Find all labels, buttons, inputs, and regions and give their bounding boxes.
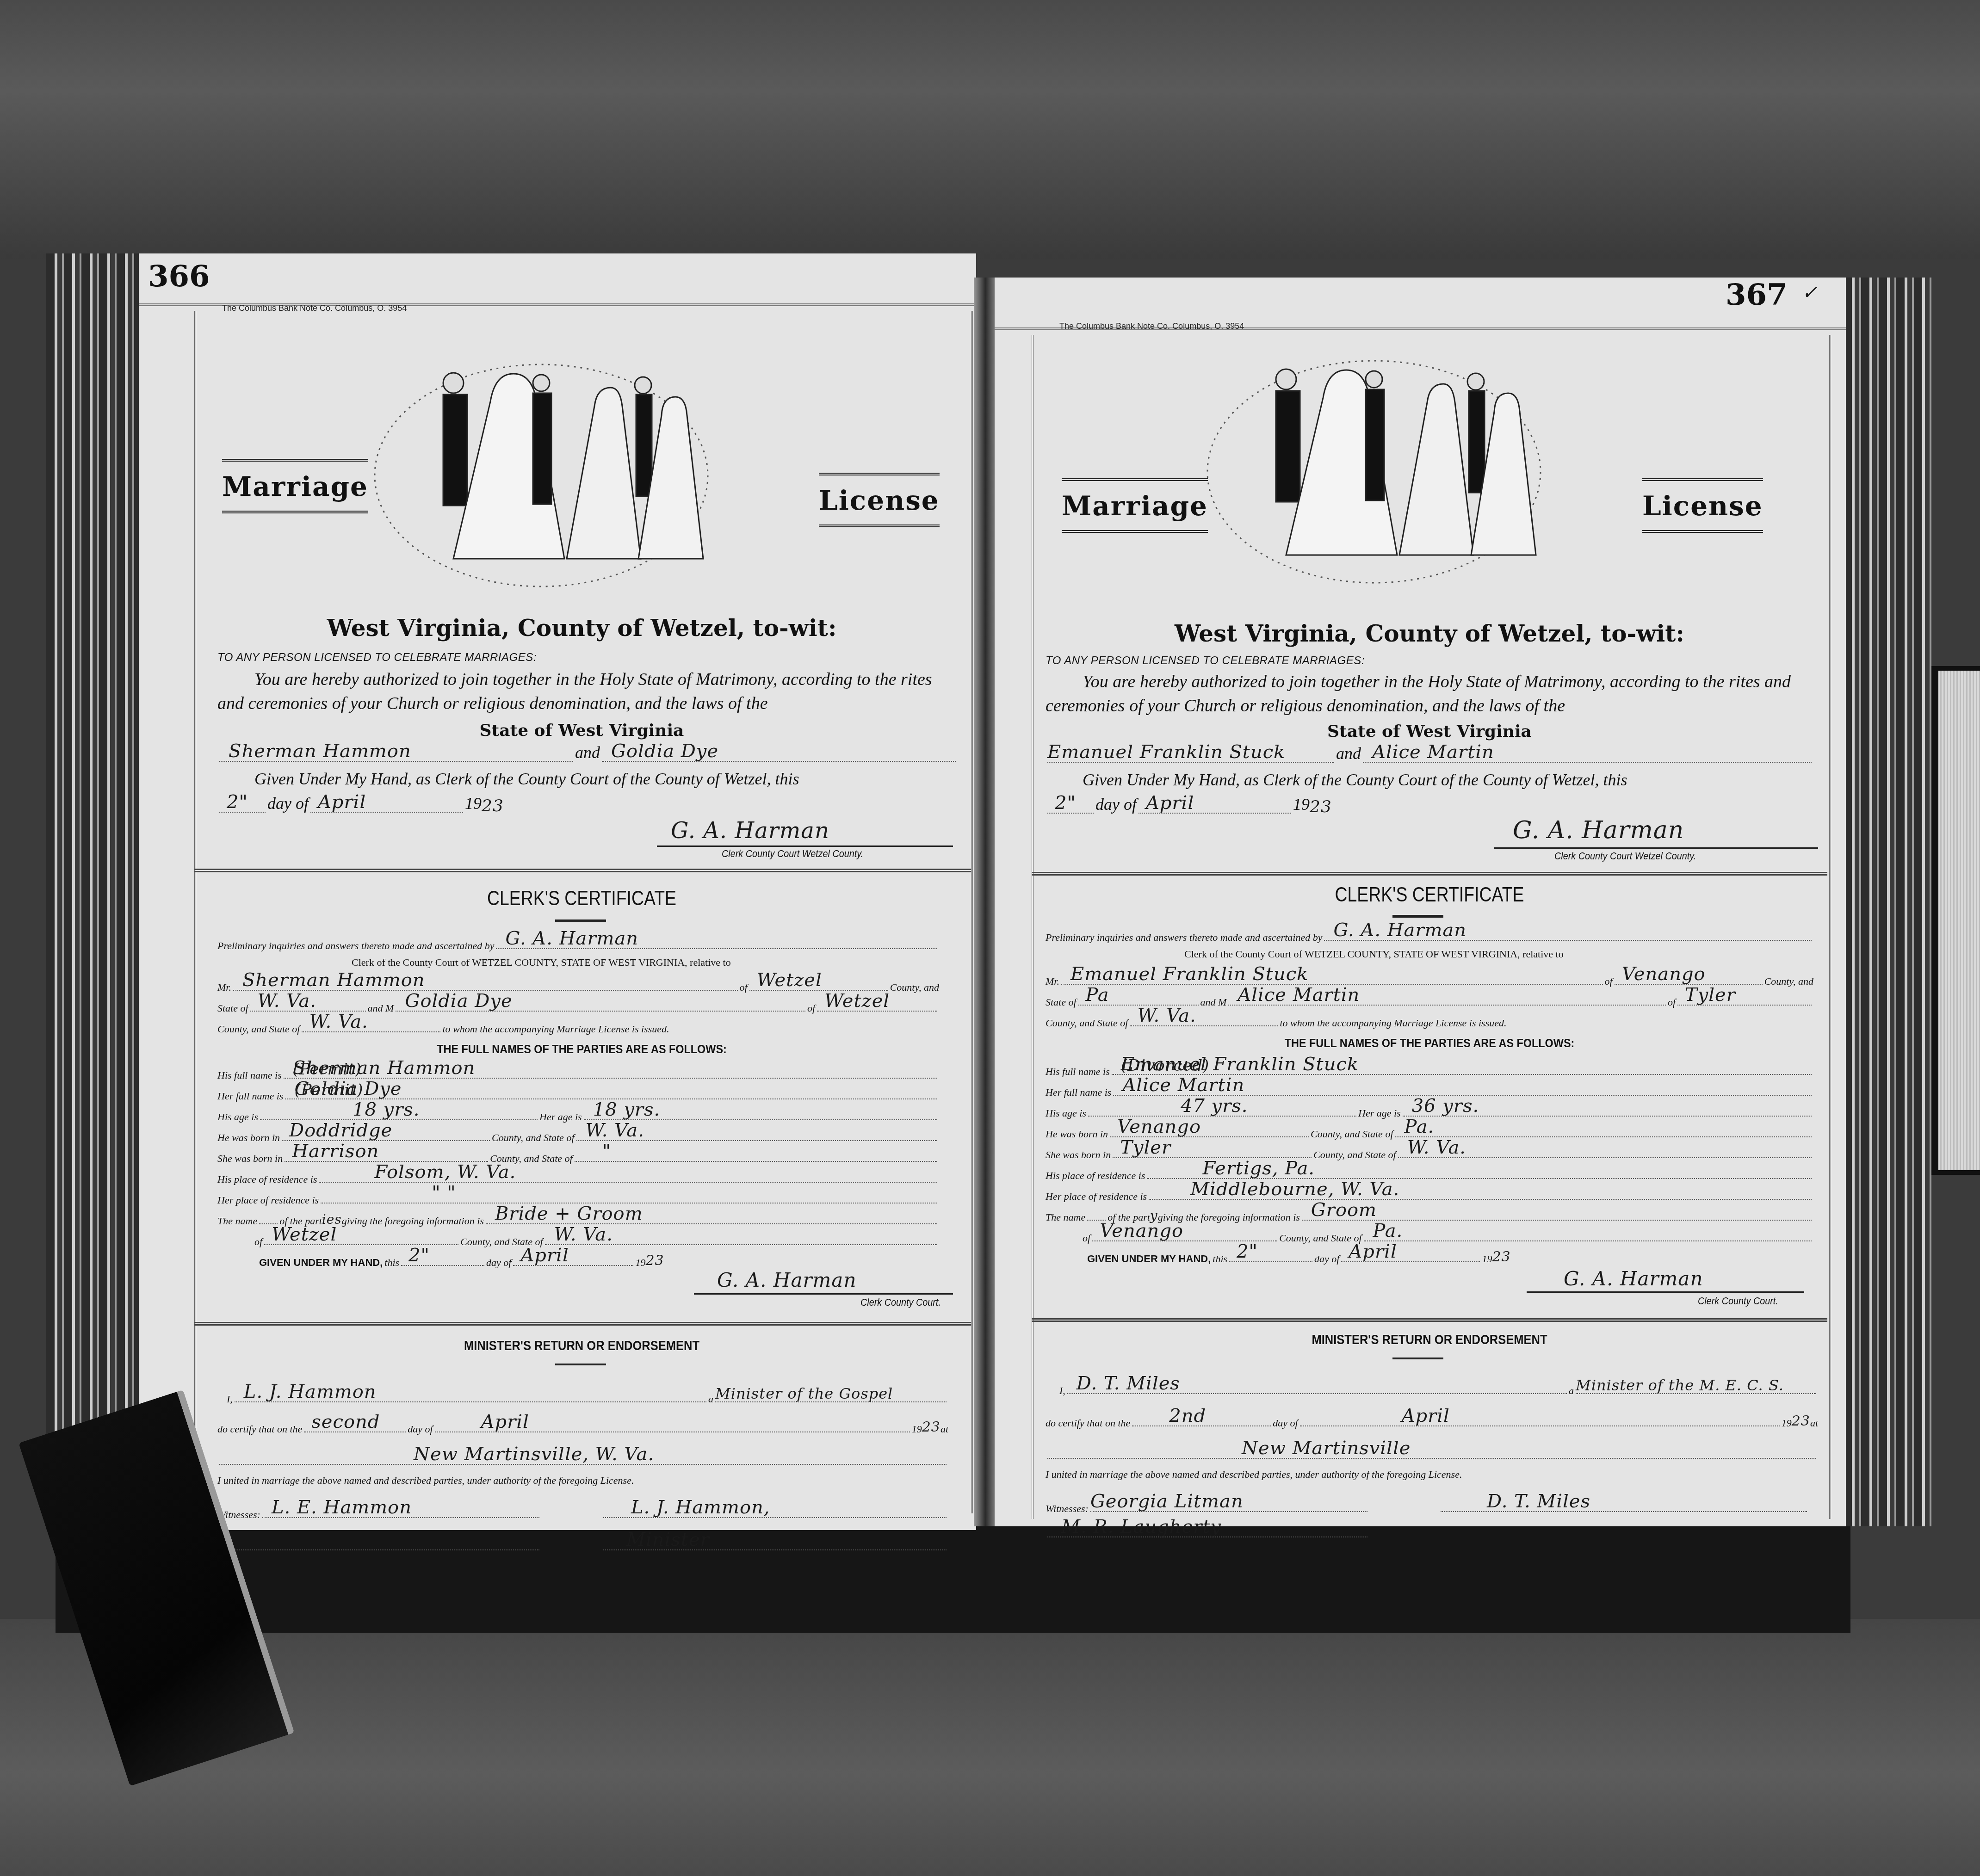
marriage-title: Marriage (1062, 490, 1208, 522)
his-residence-line: His place of residence is Fertigs, Pa. (1046, 1163, 1813, 1182)
salutation: TO ANY PERSON LICENSED TO CELEBRATE MARR… (1046, 654, 1365, 667)
his-residence: Fertigs, Pa. (1202, 1158, 1314, 1179)
section-divider (194, 869, 971, 872)
he-born-county: Doddridge (289, 1120, 392, 1141)
minister-signature: D. T. Miles (1487, 1491, 1590, 1512)
title-underline (555, 1364, 606, 1365)
section-divider (1032, 872, 1827, 876)
license-date-line: 2" day of April 19 23 (1046, 793, 1462, 816)
authorization-text: You are hereby authorized to join togeth… (217, 667, 958, 716)
title-underline (1392, 1358, 1443, 1359)
informant: Bride + Groom (495, 1203, 643, 1224)
license-year: 23 (1310, 797, 1332, 816)
his-residence-line: His place of residence is Folsom, W. Va. (217, 1167, 939, 1185)
his-note: (Divorced) (1121, 1056, 1807, 1075)
county-state-line: County, and State of W. Va. to whom the … (1046, 1011, 1813, 1029)
mr-state: Pa (1086, 984, 1109, 1006)
signature-line (1527, 1291, 1804, 1293)
license-clerk-signature: G. A. Harman (1513, 816, 1684, 844)
license-day: 2" (1055, 792, 1076, 814)
signature-caption: Clerk County Court Wetzel County. (722, 848, 863, 860)
clerks-certificate-title: CLERK'S CERTIFICATE (253, 887, 911, 910)
informant-county: Wetzel (272, 1224, 337, 1245)
clerk-caption: Clerk County Court. (860, 1296, 941, 1308)
witness-1: L. E. Hammon (272, 1497, 412, 1518)
m-state: W. Va. (309, 1011, 368, 1032)
ascertained-by: G. A. Harman (505, 928, 638, 949)
bride-field: Alice Martin (1372, 741, 1494, 763)
background-top (0, 0, 1980, 259)
minister-day: 2nd (1169, 1405, 1206, 1426)
her-note: (Permit) (294, 1081, 933, 1099)
she-born-state: " (602, 1141, 611, 1162)
minister-year: 23 (922, 1419, 940, 1435)
license-title: License (819, 485, 940, 516)
signature-line (694, 1293, 953, 1295)
full-names-title: THE FULL NAMES OF THE PARTIES ARE AS FOL… (233, 1042, 931, 1056)
bride-field: Goldia Dye (602, 761, 956, 762)
informant-state: W. Va. (554, 1224, 613, 1245)
wedding-illustration-icon (361, 351, 722, 591)
he-born-county: Venango (1117, 1116, 1201, 1137)
parties-line: Emanuel Franklin Stuck and Alice Martin (1046, 742, 1813, 765)
minister-name-line: I, D. T. Miles a Minister of the M. E. C… (1059, 1374, 1818, 1397)
united-text: I united in marriage the above named and… (1046, 1469, 1462, 1481)
witness-line-2 (217, 1530, 541, 1553)
state-of-west-virginia: State of West Virginia (194, 721, 969, 740)
given-under-hand-line: GIVEN UNDER MY HAND, this 2" day of Apri… (259, 1250, 768, 1269)
she-born-county: Tyler (1120, 1137, 1171, 1158)
m-county: Tyler (1685, 984, 1736, 1006)
m-name: Goldia Dye (405, 990, 512, 1012)
her-age: 36 yrs. (1412, 1095, 1479, 1117)
minister-year: 23 (1792, 1413, 1810, 1429)
right-page-edges (1844, 278, 1931, 1526)
given-year: 23 (1492, 1249, 1510, 1265)
ascertained-line: Preliminary inquiries and answers theret… (217, 933, 939, 952)
ascertained-line: Preliminary inquiries and answers theret… (1046, 925, 1813, 944)
given-year: 23 (645, 1253, 664, 1269)
his-residence: Folsom, W. Va. (374, 1161, 516, 1183)
license-month: April (1146, 792, 1194, 814)
her-residence: Middlebourne, W. Va. (1190, 1179, 1399, 1200)
place-line: New Martinsville, W. Va. (217, 1444, 948, 1468)
witness-line-2: M. R. Laugherty (1046, 1517, 1369, 1540)
minister-month: April (481, 1411, 529, 1432)
license-day: 2" (227, 791, 248, 813)
given-day: 2" (1237, 1241, 1258, 1262)
her-full-name: Alice Martin (1122, 1074, 1244, 1096)
license-heading: West Virginia, County of Wetzel, to-wit: (1032, 620, 1827, 647)
informant-county-line: of Venango County, and State of Pa. (1083, 1226, 1813, 1244)
page-number: 367 (1726, 278, 1788, 312)
marriage-place: New Martinsville, W. Va. (414, 1444, 654, 1465)
clerk-of-court-text: Clerk of the County Court of WETZEL COUN… (352, 957, 731, 969)
informant: Groom (1311, 1199, 1377, 1221)
minister-title: Minister of the M. E. C. S. (1576, 1376, 1784, 1394)
minister-name-line: I, L. J. Hammon a Minister of the Gospel (227, 1382, 948, 1405)
informant-state: Pa. (1373, 1220, 1403, 1241)
she-born-county: Harrison (292, 1141, 379, 1162)
book-gutter (974, 278, 997, 1526)
mr-county: Wetzel (757, 969, 822, 991)
his-note: (Permit) (293, 1060, 933, 1079)
her-age: 18 yrs. (593, 1099, 661, 1120)
ministers-return-title: MINISTER'S RETURN OR ENDORSEMENT (1091, 1332, 1768, 1348)
certify-date-line: do certify that on the 2nd day of April … (1046, 1406, 1818, 1429)
authorization-text: You are hereby authorized to join togeth… (1046, 670, 1818, 718)
certify-date-line: do certify that on the second day of Apr… (217, 1412, 948, 1435)
license-year: 23 (482, 796, 504, 815)
mr-name: Sherman Hammon (242, 969, 425, 991)
given-under-hand-text: Given Under My Hand, as Clerk of the Cou… (254, 767, 958, 791)
groom-field: Sherman Hammon (219, 761, 573, 762)
given-under-hand-line: GIVEN UNDER MY HAND, this 2" day of Apri… (1087, 1247, 1596, 1265)
certificate-clerk-signature: G. A. Harman (1564, 1267, 1703, 1290)
his-age: 47 yrs. (1181, 1095, 1248, 1117)
index-tab-paper (1938, 671, 1980, 1170)
given-under-hand-text: Given Under My Hand, as Clerk of the Cou… (1083, 768, 1818, 792)
section-divider (194, 1322, 971, 1326)
minister-signature-title: Minister (626, 1529, 710, 1550)
clerk-caption: Clerk County Court. (1698, 1295, 1778, 1307)
m-county: Wetzel (824, 990, 890, 1012)
informant-county: Venango (1100, 1220, 1183, 1241)
section-divider (1032, 1318, 1827, 1322)
license-month: April (318, 791, 366, 813)
wedding-illustration-icon (1194, 347, 1554, 587)
given-month: April (520, 1245, 569, 1266)
she-born-line: She was born in Tyler County, and State … (1046, 1142, 1813, 1161)
marriage-place: New Martinsville (1242, 1438, 1411, 1459)
witness-2: M. R. Laugherty (1061, 1516, 1221, 1537)
minister-title-signature-line: Minister (601, 1530, 948, 1553)
ministers-return-title: MINISTER'S RETURN OR ENDORSEMENT (253, 1338, 911, 1354)
place-line: New Martinsville (1046, 1438, 1818, 1462)
mr-name: Emanuel Franklin Stuck (1070, 963, 1308, 985)
signature-line (1494, 847, 1818, 849)
certificate-clerk-signature: G. A. Harman (717, 1269, 856, 1291)
given-month: April (1349, 1241, 1397, 1262)
witness-line-1: Witnesses: L. E. Hammon (217, 1498, 541, 1521)
license-clerk-signature: G. A. Harman (671, 818, 829, 844)
minister-signature-line: D. T. Miles (1439, 1492, 1809, 1515)
minister-title: Minister of the Gospel (715, 1385, 893, 1402)
minister-name: L. J. Hammon (244, 1381, 377, 1402)
license-date-line: 2" day of April 19 23 (217, 792, 634, 815)
marriage-title: Marriage (222, 471, 368, 502)
left-page-edges (46, 253, 148, 1530)
informant-county-line: of Wetzel County, and State of W. Va. (254, 1229, 939, 1248)
title-underline (555, 919, 606, 922)
printer-imprint: The Columbus Bank Note Co. Columbus, O. … (1059, 321, 1244, 331)
given-day: 2" (408, 1245, 430, 1266)
minister-name: D. T. Miles (1077, 1373, 1180, 1394)
signature-line (657, 845, 953, 847)
her-full-name-line: Her full name is Goldia Dye (Permit) (217, 1084, 939, 1102)
united-text: I united in marriage the above named and… (217, 1475, 634, 1487)
mr-county: Venango (1622, 963, 1706, 985)
title-underline (1392, 915, 1443, 918)
minister-signature-line: L. J. Hammon, (601, 1498, 948, 1521)
minister-signature: L. J. Hammon, (631, 1497, 770, 1518)
check-mark-icon: ✓ (1802, 282, 1818, 303)
parties-line: Sherman Hammon and Goldia Dye (217, 741, 958, 765)
left-page: 366 The Columbus Bank Note Co. Columbus,… (139, 253, 976, 1530)
page-number: 366 (148, 259, 210, 294)
he-born-state: W. Va. (586, 1120, 644, 1141)
full-names-title: THE FULL NAMES OF THE PARTIES ARE AS FOL… (1071, 1036, 1788, 1050)
clerk-of-court-text: Clerk of the County Court of WETZEL COUN… (1184, 948, 1564, 960)
she-born-state: W. Va. (1407, 1137, 1466, 1158)
state-of-west-virginia: State of West Virginia (1032, 722, 1827, 741)
county-state-line: County, and State of W. Va. to whom the … (217, 1017, 939, 1035)
license-heading: West Virginia, County of Wetzel, to-wit: (194, 614, 969, 642)
salutation: TO ANY PERSON LICENSED TO CELEBRATE MARR… (217, 651, 537, 664)
minister-month: April (1402, 1405, 1450, 1426)
witness-1: Georgia Litman (1090, 1491, 1244, 1512)
he-born-state: Pa. (1405, 1116, 1435, 1137)
right-page: 367 ✓ The Columbus Bank Note Co. Columbu… (995, 278, 1846, 1526)
her-residence-line: Her place of residence is Middlebourne, … (1046, 1184, 1813, 1203)
clerks-certificate-title: CLERK'S CERTIFICATE (1091, 883, 1768, 907)
mr-state: W. Va. (258, 990, 316, 1012)
ascertained-by: G. A. Harman (1333, 919, 1466, 941)
groom-field: Emanuel Franklin Stuck (1047, 741, 1285, 763)
m-state: W. Va. (1137, 1005, 1196, 1026)
witness-line-1: Witnesses: Georgia Litman (1046, 1492, 1369, 1515)
background-table (0, 1619, 1980, 1876)
her-residence: " " (432, 1182, 456, 1203)
license-title: License (1642, 490, 1763, 522)
minister-day: second (311, 1411, 380, 1432)
m-name: Alice Martin (1237, 984, 1360, 1006)
his-age: 18 yrs. (353, 1099, 420, 1120)
signature-caption: Clerk County Court Wetzel County. (1554, 850, 1696, 862)
she-born-line: She was born in Harrison County, and Sta… (217, 1146, 939, 1165)
